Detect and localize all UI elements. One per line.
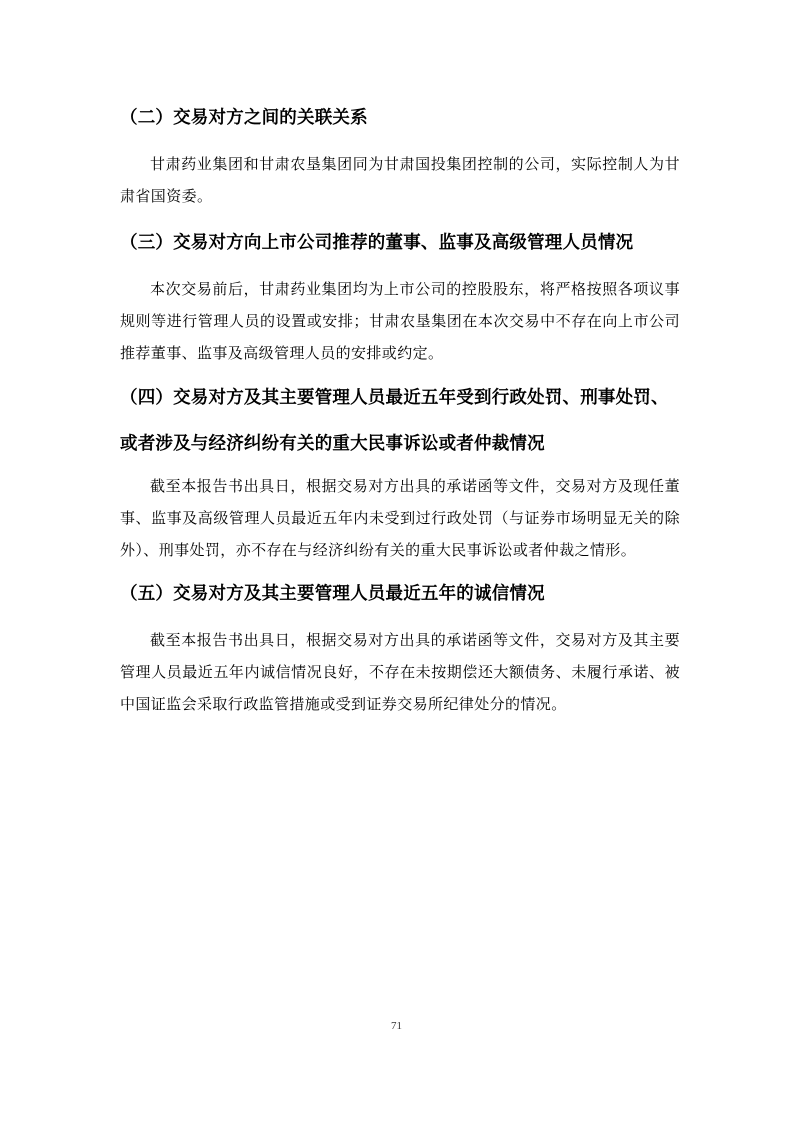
section-heading-3: （三）交易对方向上市公司推荐的董事、监事及高级管理人员情况 — [120, 220, 680, 266]
section-paragraph-3: 本次交易前后，甘肃药业集团均为上市公司的控股股东，将严格按照各项议事规则等进行管… — [120, 273, 680, 369]
section-heading-4: （四）交易对方及其主要管理人员最近五年受到行政处罚、刑事处罚、或者涉及与经济纠纷… — [120, 375, 680, 467]
page-number: 71 — [0, 1020, 793, 1032]
section-paragraph-5: 截至本报告书出具日，根据交易对方出具的承诺函等文件，交易对方及其主要管理人员最近… — [120, 624, 680, 720]
section-heading-5: （五）交易对方及其主要管理人员最近五年的诚信情况 — [120, 571, 680, 617]
document-page: （二）交易对方之间的关联关系 甘肃药业集团和甘肃农垦集团同为甘肃国投集团控制的公… — [0, 0, 793, 1122]
section-heading-2: （二）交易对方之间的关联关系 — [120, 95, 680, 141]
section-paragraph-2: 甘肃药业集团和甘肃农垦集团同为甘肃国投集团控制的公司，实际控制人为甘肃省国资委。 — [120, 148, 680, 212]
section-paragraph-4: 截至本报告书出具日，根据交易对方出具的承诺函等文件，交易对方及现任董事、监事及高… — [120, 470, 680, 566]
